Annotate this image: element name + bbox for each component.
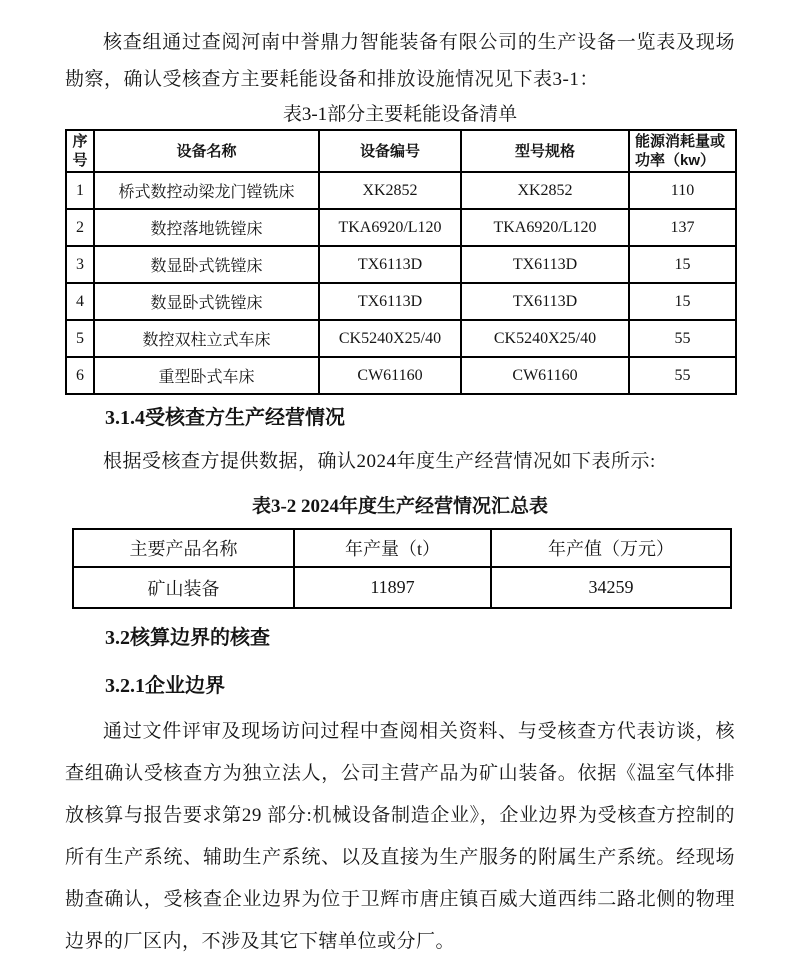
section-3-2-1-paragraph: 通过文件评审及现场访问过程中查阅相关资料、与受核查方代表访谈，核查组确认受核查方… [65,711,735,963]
table-cell: 矿山装备 [73,567,294,608]
table-row: 3 数显卧式铣镗床 TX6113D TX6113D 15 [66,246,736,283]
table-row: 2 数控落地铣镗床 TKA6920/L120 TKA6920/L120 137 [66,209,736,246]
document-page: 核查组通过查阅河南中誉鼎力智能装备有限公司的生产设备一览表及现场勘察，确认受核查… [0,0,800,964]
table1-caption: 表3-1部分主要耗能设备清单 [65,102,735,128]
table-cell: 137 [629,209,736,246]
table-cell: 2 [66,209,94,246]
table-cell: CW61160 [461,357,629,394]
table-header-row: 主要产品名称 年产量（t） 年产值（万元） [73,529,731,567]
table-header-row: 序号 设备名称 设备编号 型号规格 能源消耗量或功率（kw） [66,130,736,172]
table-cell: TX6113D [461,283,629,320]
table-cell: TX6113D [319,283,461,320]
table-cell: 4 [66,283,94,320]
table-cell: 55 [629,320,736,357]
table-row: 矿山装备 11897 34259 [73,567,731,608]
table-cell: XK2852 [319,172,461,209]
section-heading-3-1-4: 3.1.4受核查方生产经营情况 [105,405,735,431]
section-3-1-4-paragraph: 根据受核查方提供数据，确认2024年度生产经营情况如下表所示: [65,443,735,480]
table-cell: XK2852 [461,172,629,209]
table-cell: 15 [629,283,736,320]
table-cell: TKA6920/L120 [319,209,461,246]
column-header-device-code: 设备编号 [319,130,461,172]
table-row: 1 桥式数控动梁龙门镗铣床 XK2852 XK2852 110 [66,172,736,209]
table-cell: 55 [629,357,736,394]
table-cell: 5 [66,320,94,357]
table-cell: 数控双柱立式车床 [94,320,319,357]
table-cell: 数显卧式铣镗床 [94,283,319,320]
table-cell: 6 [66,357,94,394]
section-heading-3-2: 3.2核算边界的核查 [105,625,735,651]
table-cell: 1 [66,172,94,209]
column-header-model-spec: 型号规格 [461,130,629,172]
table-cell: CK5240X25/40 [461,320,629,357]
production-summary-table: 主要产品名称 年产量（t） 年产值（万元） 矿山装备 11897 34259 [72,528,732,609]
column-header-annual-output: 年产量（t） [294,529,491,567]
table-cell: 3 [66,246,94,283]
table-cell: 11897 [294,567,491,608]
table-cell: CW61160 [319,357,461,394]
table-row: 5 数控双柱立式车床 CK5240X25/40 CK5240X25/40 55 [66,320,736,357]
table-cell: 桥式数控动梁龙门镗铣床 [94,172,319,209]
table-cell: 110 [629,172,736,209]
table-row: 6 重型卧式车床 CW61160 CW61160 55 [66,357,736,394]
table-cell: 34259 [491,567,731,608]
intro-paragraph: 核查组通过查阅河南中誉鼎力智能装备有限公司的生产设备一览表及现场勘察，确认受核查… [65,24,735,98]
table-cell: TX6113D [461,246,629,283]
table-row: 4 数显卧式铣镗床 TX6113D TX6113D 15 [66,283,736,320]
equipment-table: 序号 设备名称 设备编号 型号规格 能源消耗量或功率（kw） 1 桥式数控动梁龙… [65,129,737,395]
column-header-energy-power: 能源消耗量或功率（kw） [629,130,736,172]
column-header-product-name: 主要产品名称 [73,529,294,567]
section-heading-3-2-1: 3.2.1企业边界 [105,673,735,699]
table-cell: 数显卧式铣镗床 [94,246,319,283]
table-cell: 重型卧式车床 [94,357,319,394]
table-cell: TX6113D [319,246,461,283]
column-header-index: 序号 [66,130,94,172]
table-cell: TKA6920/L120 [461,209,629,246]
table-cell: CK5240X25/40 [319,320,461,357]
table-cell: 数控落地铣镗床 [94,209,319,246]
table2-caption: 表3-2 2024年度生产经营情况汇总表 [65,494,735,520]
table-cell: 15 [629,246,736,283]
column-header-annual-value: 年产值（万元） [491,529,731,567]
column-header-device-name: 设备名称 [94,130,319,172]
